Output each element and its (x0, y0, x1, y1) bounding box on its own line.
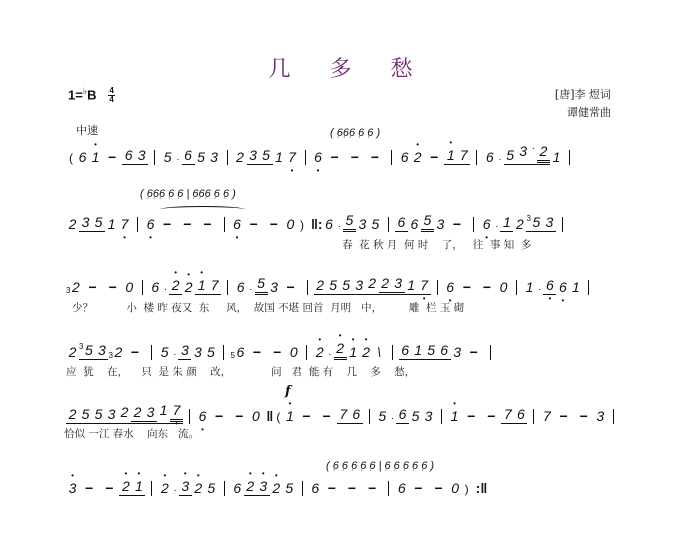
composer-credit: 谭健常曲 (567, 104, 611, 120)
staff-line-4: 235332− 5·335 56−−0 2·212\ 61563− (66, 340, 497, 360)
repeat-start: ‖: (311, 216, 323, 232)
tempo-marking: 中速 (76, 122, 98, 138)
overlay-line6: ( 6̣ 6̣ 6̣ 6̣ 6̣ | 6̣ 6̣ 6̣ 6̣ 6̣ ) (326, 460, 434, 472)
overlay-line2: ( 6̣6̣6̣ 6̣ 6̣ | 6̣6̣6̣ 6̣ 6̣ ) (140, 188, 236, 200)
key-prefix: 1= (68, 87, 83, 102)
lyrics-line5: 恰似 一江 春水 向东 流。 (64, 426, 199, 441)
time-top: 4 (108, 87, 115, 95)
repeat-end: :‖ (476, 480, 488, 496)
staff-line-5: 255322317 6−−0 ‖ (1−−76 5·653 1−−76 7−−3 (66, 402, 620, 424)
dynamic-forte: f (285, 384, 291, 399)
lyrics-line2: 春 花 秋 月 何 时 了， 往 事 知 多 (342, 237, 531, 252)
time-signature: 4 4 (108, 87, 115, 104)
lyricist-credit: [唐]李 煜词 (555, 86, 611, 102)
double-bar: ‖ (266, 408, 273, 424)
lyrics-line3: 少？ 小 楼 昨 夜又 东 风， 故国 不堪 回首 月明 中， 雕 栏 玉 砌 (72, 300, 464, 315)
overlay-line1: ( 6̣6̣6̣ 6̣ 6̣ ) (330, 127, 380, 139)
staff-line-3: 32−−0 6·2217 6·53− 255322317 6−−0 1·661 (66, 275, 595, 295)
staff-line-6: 3−−21 2·325 62325 6−−− 6−−0) :‖ (66, 478, 487, 496)
staff-line-1: (61−63 5·653 23517 6−−− 62−17 6·53·21 (66, 143, 576, 165)
song-title: 几 多 愁 (0, 52, 681, 83)
time-bottom: 4 (108, 96, 115, 104)
key-signature: 1=♭B 4 4 (68, 86, 115, 104)
key-note: B (87, 87, 96, 102)
lyrics-line4: 应 犹 在， 只 是 朱 颜 改， 问 君 能 有 几 多 愁， (66, 364, 415, 379)
staff-line-2: 23517 6−−− 6−−0) ‖: 6·535 6653− 6·12353 (66, 212, 569, 232)
